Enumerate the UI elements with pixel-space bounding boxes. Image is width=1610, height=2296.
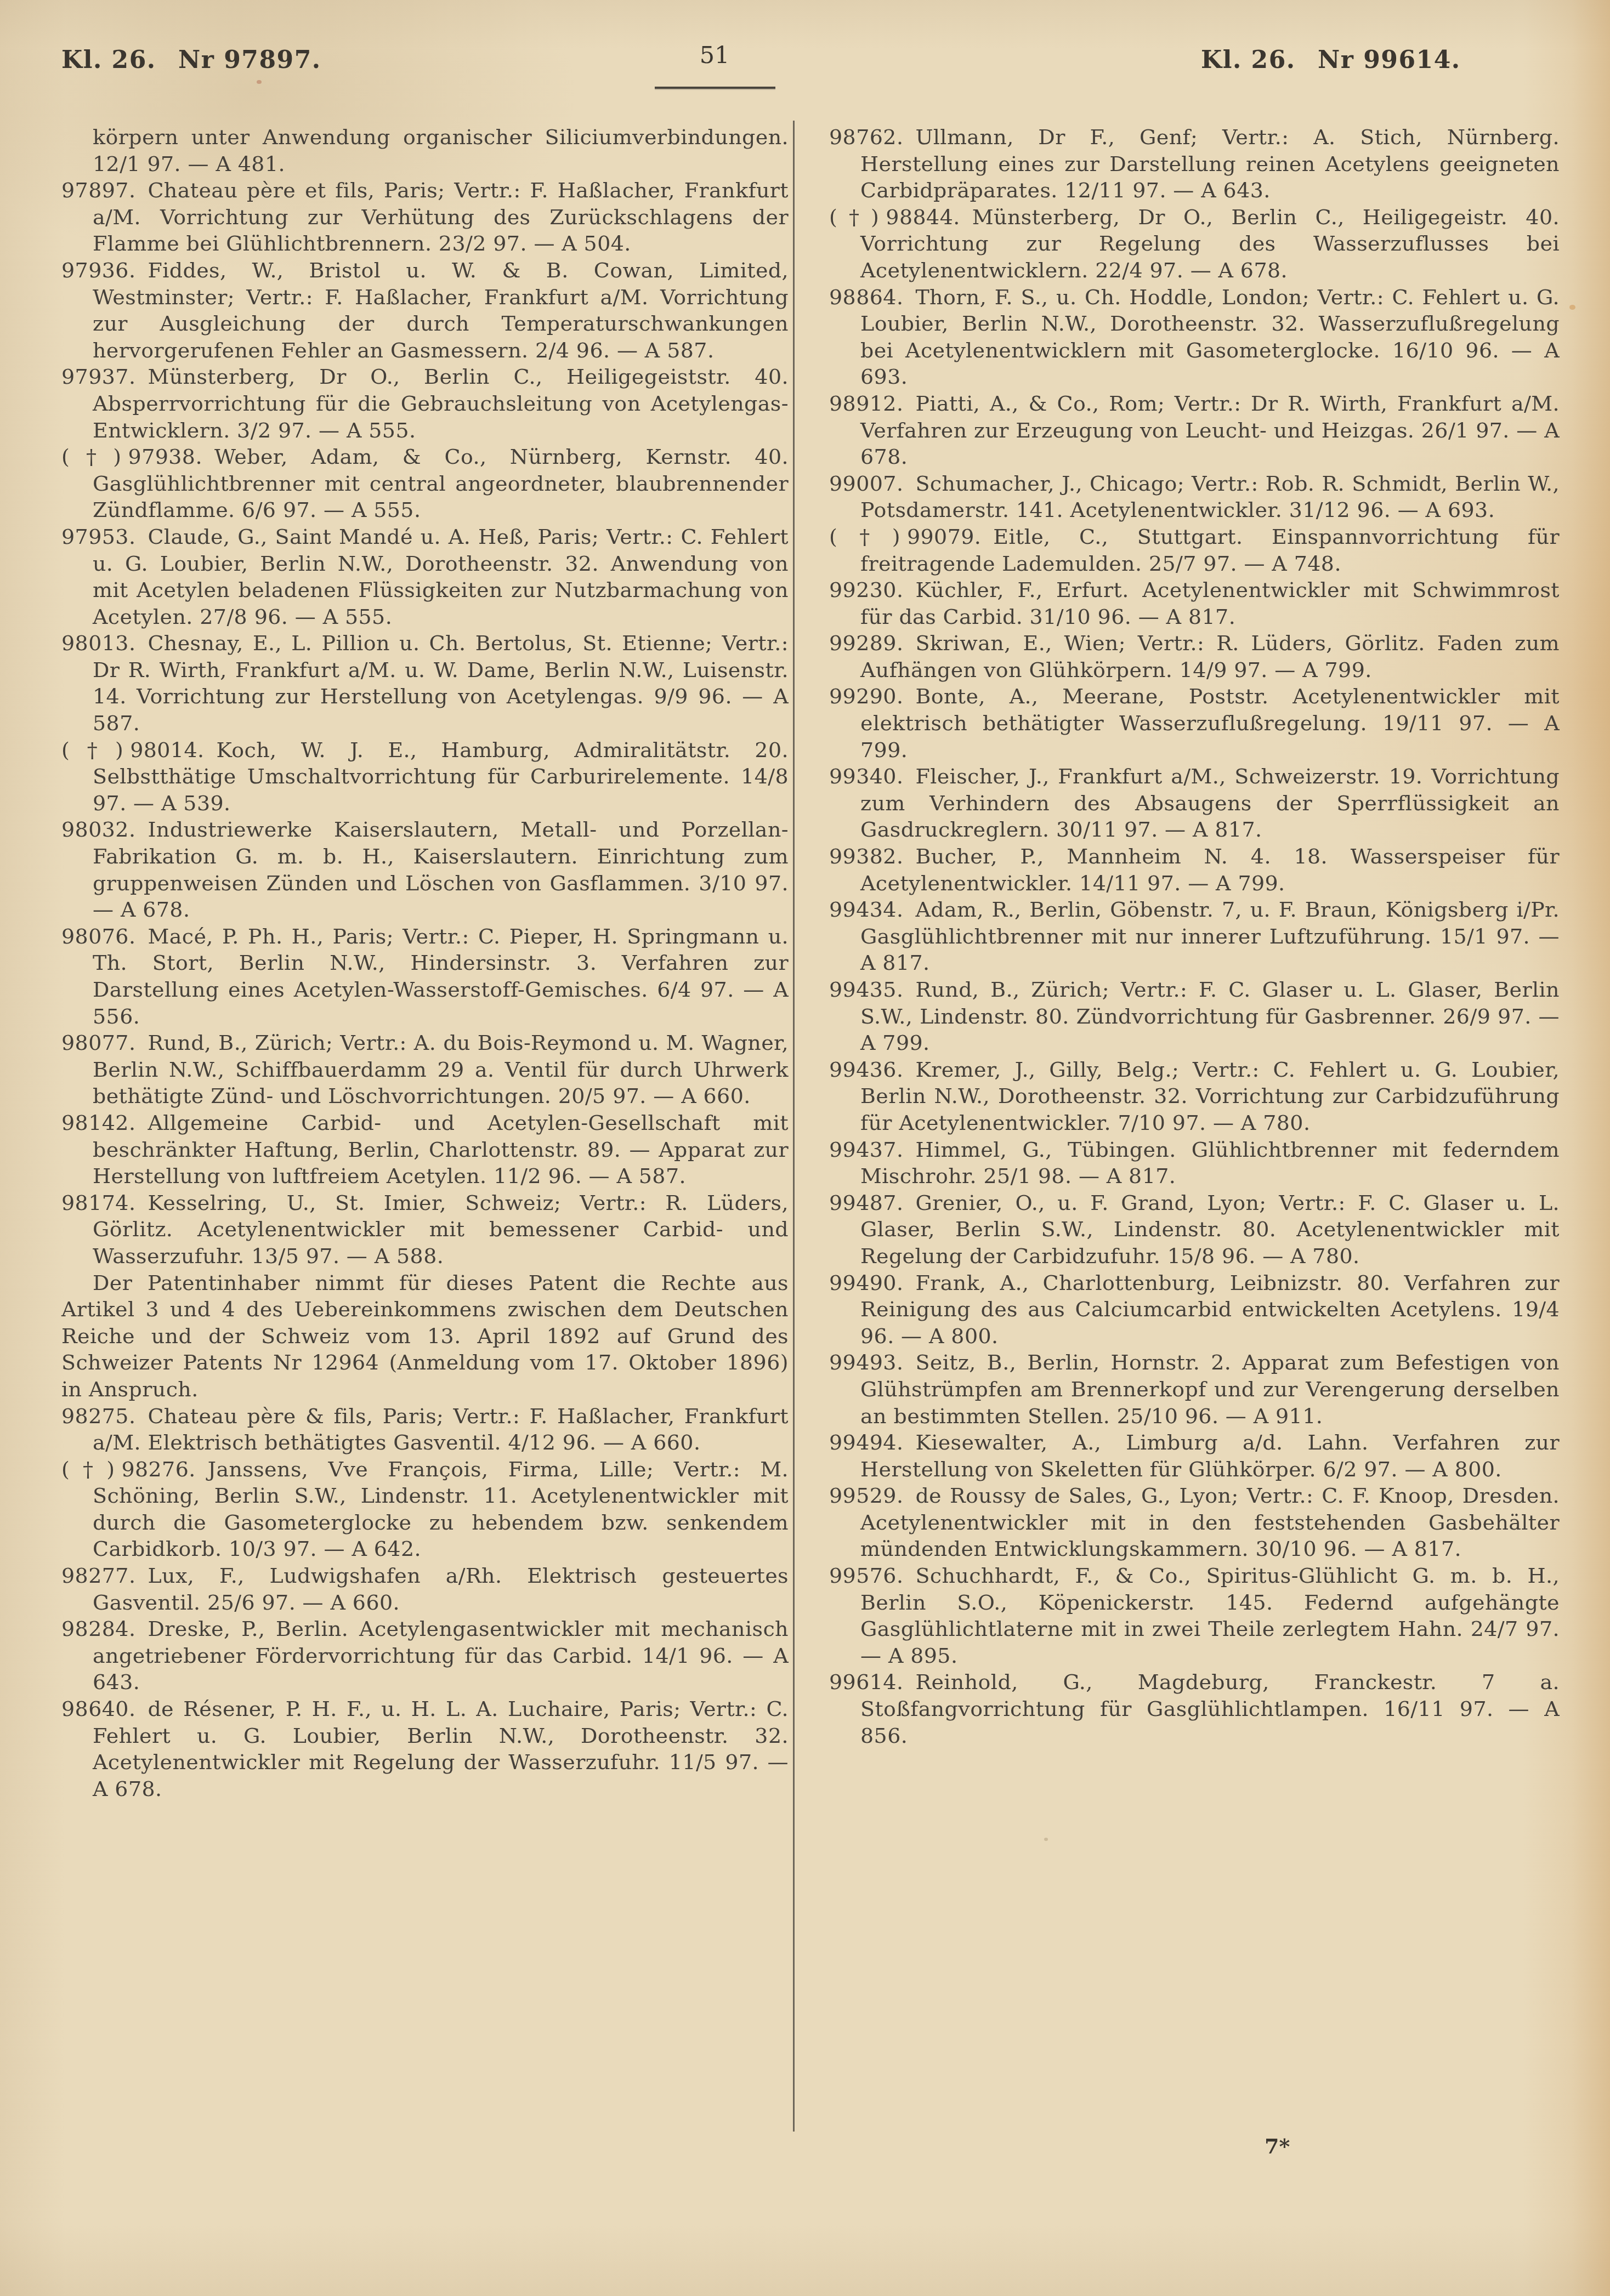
patent-entry-continuation: körpern unter Anwendung organischer Sili… — [61, 124, 789, 177]
patent-entry-99434: 99434.Adam, R., Berlin, Göbenstr. 7, u. … — [829, 896, 1560, 976]
patent-number: 97936. — [61, 258, 135, 282]
patent-entry-98077: 98077.Rund, B., Zürich; Vertr.: A. du Bo… — [61, 1030, 789, 1110]
patent-number: 98284. — [61, 1617, 135, 1641]
patent-entry-99487: 99487.Grenier, O., u. F. Grand, Lyon; Ve… — [829, 1190, 1560, 1270]
patent-number: 99490. — [829, 1271, 903, 1295]
patent-entry-99435: 99435.Rund, B., Zürich; Vertr.: F. C. Gl… — [829, 976, 1560, 1056]
patent-entry-98013: 98013.Chesnay, E., L. Pillion u. Ch. Ber… — [61, 630, 789, 736]
patent-text: Macé, P. Ph. H., Paris; Vertr.: C. Piepe… — [93, 924, 789, 1028]
patent-entry-99529: 99529.de Roussy de Sales, G., Lyon; Vert… — [829, 1482, 1560, 1562]
patent-entry-98284: 98284.Dreske, P., Berlin. Acetylengasent… — [61, 1616, 789, 1696]
patent-number: 98076. — [61, 924, 135, 948]
patent-entry-99493: 99493.Seitz, B., Berlin, Hornstr. 2. App… — [829, 1349, 1560, 1429]
patent-text: Der Patentinhaber nimmt für dieses Paten… — [61, 1271, 789, 1401]
header-class-number-right: Kl. 26. Nr 99614. — [1201, 46, 1461, 74]
patent-number: 97897. — [61, 178, 135, 202]
patent-text: körpern unter Anwendung organischer Sili… — [93, 125, 789, 176]
patent-text: Chateau père & fils, Paris; Vertr.: F. H… — [93, 1404, 789, 1455]
patent-entry-99436: 99436.Kremer, J., Gilly, Belg.; Vertr.: … — [829, 1056, 1560, 1136]
patent-entry-98640: 98640.de Résener, P. H. F., u. H. L. A. … — [61, 1696, 789, 1802]
patent-text: Skriwan, E., Wien; Vertr.: R. Lüders, Gö… — [860, 631, 1560, 682]
patent-number: 99340. — [829, 764, 903, 788]
dagger-mark: (†) — [61, 445, 122, 469]
column-divider-rule — [793, 121, 795, 2132]
patent-number: 97938. — [128, 445, 202, 469]
patent-entry-99340: 99340.Fleischer, J., Frankfurt a/M., Sch… — [829, 763, 1560, 843]
page-number-rule — [655, 87, 775, 89]
patent-text: Rund, B., Zürich; Vertr.: A. du Bois-Rey… — [93, 1031, 789, 1108]
patent-entry-97938: (†)97938.Weber, Adam, & Co., Nürnberg, K… — [61, 444, 789, 524]
patent-text: Münsterberg, Dr O., Berlin C., Heiligege… — [93, 365, 789, 442]
paper-speck — [1044, 1838, 1048, 1841]
patent-entry-99490: 99490.Frank, A., Charlottenburg, Leibniz… — [829, 1270, 1560, 1350]
column-left: körpern unter Anwendung organischer Sili… — [61, 124, 789, 1802]
patent-number: 98275. — [61, 1404, 135, 1428]
patent-text: Bonte, A., Meerane, Poststr. Acetylenent… — [860, 684, 1560, 761]
patent-text: Himmel, G., Tübingen. Glühlichtbrenner m… — [860, 1138, 1560, 1189]
patent-number: 99576. — [829, 1564, 903, 1588]
paper-speck — [1569, 305, 1575, 310]
patent-entry-99079: (†)99079.Eitle, C., Stuttgart. Einspannv… — [829, 524, 1560, 577]
patent-entry-98912: 98912.Piatti, A., & Co., Rom; Vertr.: Dr… — [829, 390, 1560, 470]
patent-number: 98640. — [61, 1697, 135, 1721]
patent-number: 99493. — [829, 1350, 903, 1374]
patent-number: 98276. — [121, 1457, 195, 1481]
patent-number: 98762. — [829, 125, 903, 149]
scanned-gazette-page: { "page": { "header_left": "Kl. 26.\u200… — [0, 0, 1610, 2296]
patent-number: 99230. — [829, 578, 903, 602]
dagger-mark: (†) — [829, 205, 879, 229]
patent-number: 99529. — [829, 1484, 903, 1508]
patent-text: Piatti, A., & Co., Rom; Vertr.: Dr R. Wi… — [860, 391, 1560, 469]
patent-text: Adam, R., Berlin, Göbenstr. 7, u. F. Bra… — [860, 897, 1560, 975]
patent-number: 99435. — [829, 977, 903, 1002]
patent-text: Dreske, P., Berlin. Acetylengasentwickle… — [93, 1617, 789, 1694]
patent-text: Kesselring, U., St. Imier, Schweiz; Vert… — [93, 1191, 789, 1268]
patent-entry-98864: 98864.Thorn, F. S., u. Ch. Hoddle, Londo… — [829, 284, 1560, 390]
patent-number: 97953. — [61, 525, 135, 549]
patent-number: 99382. — [829, 844, 903, 868]
patent-entry-99289: 99289.Skriwan, E., Wien; Vertr.: R. Lüde… — [829, 630, 1560, 683]
patent-number: 98174. — [61, 1191, 135, 1215]
patent-text: Chateau père et fils, Paris; Vertr.: F. … — [93, 178, 789, 255]
patent-entry-97953: 97953.Claude, G., Saint Mandé u. A. Heß,… — [61, 524, 789, 630]
patent-entry-98762: 98762.Ullmann, Dr F., Genf; Vertr.: A. S… — [829, 124, 1560, 204]
patent-text: Bucher, P., Mannheim N. 4. 18. Wasserspe… — [860, 844, 1560, 895]
patent-text: Thorn, F. S., u. Ch. Hoddle, London; Ver… — [860, 285, 1560, 389]
patent-entry-99614: 99614.Reinhold, G., Magdeburg, Franckest… — [829, 1669, 1560, 1749]
patent-entry-99437: 99437.Himmel, G., Tübingen. Glühlichtbre… — [829, 1136, 1560, 1190]
patent-number: 99436. — [829, 1058, 903, 1082]
patent-number: 99434. — [829, 897, 903, 922]
patent-text: Chesnay, E., L. Pillion u. Ch. Bertolus,… — [93, 631, 789, 735]
patent-entry-99494: 99494.Kiesewalter, A., Limburg a/d. Lahn… — [829, 1429, 1560, 1482]
dagger-mark: (†) — [61, 1457, 115, 1481]
patent-text: Frank, A., Charlottenburg, Leibnizstr. 8… — [860, 1271, 1560, 1348]
patent-text: Küchler, F., Erfurt. Acetylenentwickler … — [860, 578, 1560, 629]
patent-entry-98844: (†)98844.Münsterberg, Dr O., Berlin C., … — [829, 204, 1560, 284]
patent-text: Janssens, Vve François, Firma, Lille; Ve… — [93, 1457, 789, 1561]
patent-entry-99007: 99007.Schumacher, J., Chicago; Vertr.: R… — [829, 470, 1560, 524]
patent-number: 97937. — [61, 365, 135, 389]
patent-number: 99290. — [829, 684, 903, 708]
patent-entry-98032: 98032.Industriewerke Kaiserslautern, Met… — [61, 816, 789, 923]
patent-text: Lux, F., Ludwigshafen a/Rh. Elektrisch g… — [93, 1564, 789, 1615]
dagger-mark: (†) — [829, 525, 900, 549]
patent-number: 98077. — [61, 1031, 135, 1055]
patent-text: Industriewerke Kaiserslautern, Metall- u… — [93, 817, 789, 922]
patent-entry-97936: 97936.Fiddes, W., Bristol u. W. & B. Cow… — [61, 257, 789, 363]
patent-text: Ullmann, Dr F., Genf; Vertr.: A. Stich, … — [860, 125, 1560, 202]
patent-number: 99614. — [829, 1670, 903, 1694]
patent-note: Der Patentinhaber nimmt für dieses Paten… — [61, 1270, 789, 1403]
patent-number: 98013. — [61, 631, 135, 655]
patent-number: 99079. — [907, 525, 981, 549]
patent-entry-99290: 99290.Bonte, A., Meerane, Poststr. Acety… — [829, 683, 1560, 763]
patent-entry-98174: 98174.Kesselring, U., St. Imier, Schweiz… — [61, 1190, 789, 1270]
patent-number: 99437. — [829, 1138, 903, 1162]
patent-number: 98277. — [61, 1564, 135, 1588]
patent-text: Reinhold, G., Magdeburg, Franckestr. 7 a… — [860, 1670, 1560, 1747]
patent-text: Fleischer, J., Frankfurt a/M., Schweizer… — [860, 764, 1560, 842]
patent-entry-99576: 99576.Schuchhardt, F., & Co., Spiritus-G… — [829, 1562, 1560, 1669]
patent-text: Claude, G., Saint Mandé u. A. Heß, Paris… — [93, 525, 789, 629]
patent-entry-98275: 98275.Chateau père & fils, Paris; Vertr.… — [61, 1403, 789, 1456]
dagger-mark: (†) — [61, 738, 123, 762]
paper-speck — [257, 80, 262, 84]
patent-entry-97937: 97937.Münsterberg, Dr O., Berlin C., Hei… — [61, 363, 789, 444]
patent-text: de Roussy de Sales, G., Lyon; Vertr.: C.… — [860, 1484, 1560, 1561]
patent-entry-98276: (†)98276.Janssens, Vve François, Firma, … — [61, 1456, 789, 1562]
patent-text: Schuchhardt, F., & Co., Spiritus-Glühlic… — [860, 1564, 1560, 1668]
patent-number: 98142. — [61, 1111, 135, 1135]
column-right: 98762.Ullmann, Dr F., Genf; Vertr.: A. S… — [829, 124, 1560, 1749]
patent-text: Allgemeine Carbid- und Acetylen-Gesellsc… — [93, 1111, 789, 1188]
header-class-number-left: Kl. 26. Nr 97897. — [61, 46, 321, 74]
patent-text: Münsterberg, Dr O., Berlin C., Heiligege… — [860, 205, 1560, 282]
patent-entry-98076: 98076.Macé, P. Ph. H., Paris; Vertr.: C.… — [61, 923, 789, 1030]
patent-number: 98032. — [61, 817, 135, 842]
patent-number: 98864. — [829, 285, 903, 309]
patent-text: Grenier, O., u. F. Grand, Lyon; Vertr.: … — [860, 1191, 1560, 1268]
patent-text: Schumacher, J., Chicago; Vertr.: Rob. R.… — [860, 471, 1560, 522]
patent-number: 98014. — [130, 738, 204, 762]
patent-entry-98142: 98142.Allgemeine Carbid- und Acetylen-Ge… — [61, 1110, 789, 1190]
patent-number: 98912. — [829, 391, 903, 416]
patent-number: 98844. — [886, 205, 960, 229]
patent-entry-99382: 99382.Bucher, P., Mannheim N. 4. 18. Was… — [829, 843, 1560, 896]
patent-entry-98277: 98277.Lux, F., Ludwigshafen a/Rh. Elektr… — [61, 1562, 789, 1616]
page-number: 51 — [676, 42, 753, 69]
patent-entry-97897: 97897.Chateau père et fils, Paris; Vertr… — [61, 177, 789, 257]
patent-number: 99487. — [829, 1191, 903, 1215]
patent-text: Seitz, B., Berlin, Hornstr. 2. Apparat z… — [860, 1350, 1560, 1428]
patent-text: Fiddes, W., Bristol u. W. & B. Cowan, Li… — [93, 258, 789, 362]
sheet-signature-mark: 7* — [1265, 2134, 1290, 2158]
patent-text: de Résener, P. H. F., u. H. L. A. Luchai… — [93, 1697, 789, 1801]
patent-number: 99494. — [829, 1430, 903, 1454]
patent-entry-99230: 99230.Küchler, F., Erfurt. Acetylenentwi… — [829, 577, 1560, 630]
patent-number: 99007. — [829, 471, 903, 496]
patent-text: Kremer, J., Gilly, Belg.; Vertr.: C. Feh… — [860, 1058, 1560, 1135]
patent-number: 99289. — [829, 631, 903, 655]
patent-entry-98014: (†)98014.Koch, W. J. E., Hamburg, Admira… — [61, 737, 789, 817]
patent-text: Kiesewalter, A., Limburg a/d. Lahn. Verf… — [860, 1430, 1560, 1481]
patent-text: Rund, B., Zürich; Vertr.: F. C. Glaser u… — [860, 977, 1560, 1055]
